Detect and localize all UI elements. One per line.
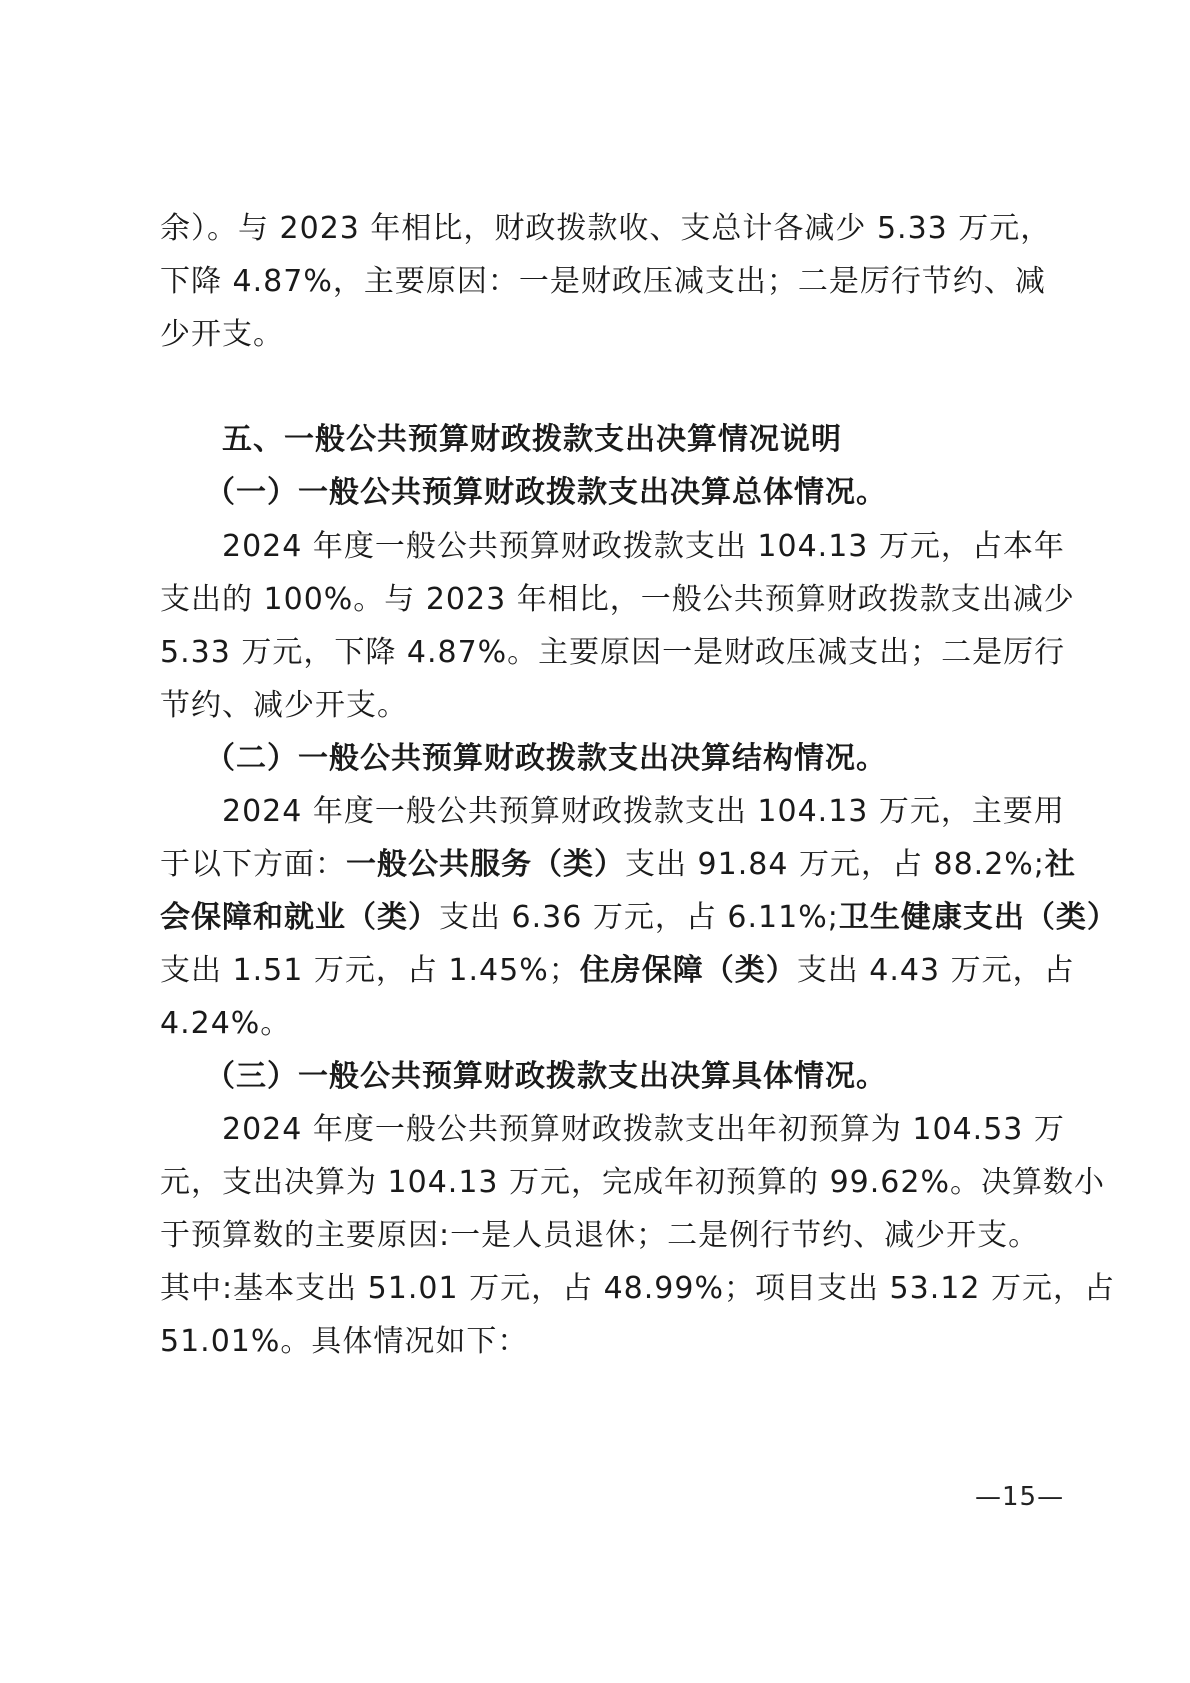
section-heading: 五、一般公共预算财政拨款支出决算情况说明 — [222, 420, 1028, 460]
paragraph-line: 少开支。 — [160, 315, 1028, 355]
category-housing: 住房保障（类） — [580, 953, 797, 988]
document-page: 余）。与 2023 年相比，财政拨款收、支总计各减少 5.33 万元， 下降 4… — [0, 0, 1190, 1683]
paragraph-line: 元，支出决算为 104.13 万元，完成年初预算的 99.62%。决算数小 — [160, 1163, 1028, 1203]
paragraph-line: 其中:基本支出 51.01 万元，占 48.99%；项目支出 53.12 万元，… — [160, 1269, 1028, 1309]
text-run: 支出 4.43 万元，占 — [797, 953, 1075, 988]
paragraph-line: 4.24%。 — [160, 1004, 1028, 1044]
paragraph-line: 余）。与 2023 年相比，财政拨款收、支总计各减少 5.33 万元， — [160, 209, 1028, 249]
text-run: 于以下方面： — [160, 847, 346, 882]
subsection-heading: （三）一般公共预算财政拨款支出决算具体情况。 — [205, 1057, 1011, 1097]
paragraph-line: 51.01%。具体情况如下： — [160, 1322, 1028, 1362]
paragraph-line: 于预算数的主要原因:一是人员退休；二是例行节约、减少开支。 — [160, 1216, 1028, 1256]
text-run: 支出 6.36 万元，占 6.11%; — [439, 900, 839, 935]
paragraph-line: 2024 年度一般公共预算财政拨款支出 104.13 万元，主要用 — [222, 792, 1028, 832]
category-social-security-start: 社 — [1045, 847, 1076, 882]
paragraph-line: 下降 4.87%，主要原因：一是财政压减支出；二是厉行节约、减 — [160, 262, 1028, 302]
category-general-public-services: 一般公共服务（类） — [346, 847, 625, 882]
paragraph-line: 2024 年度一般公共预算财政拨款支出年初预算为 104.53 万 — [222, 1110, 1028, 1150]
paragraph-line: 支出 1.51 万元，占 1.45%；住房保障（类）支出 4.43 万元，占 — [160, 951, 1028, 991]
paragraph-line: 节约、减少开支。 — [160, 686, 1028, 726]
text-run: 支出 91.84 万元，占 88.2%; — [625, 847, 1045, 882]
paragraph-line: 支出的 100%。与 2023 年相比，一般公共预算财政拨款支出减少 — [160, 580, 1028, 620]
text-run: 支出 1.51 万元，占 1.45%； — [160, 953, 580, 988]
page-number: —15— — [975, 1480, 1064, 1514]
category-social-security: 会保障和就业（类） — [160, 900, 439, 935]
paragraph-line: 会保障和就业（类）支出 6.36 万元，占 6.11%;卫生健康支出（类） — [160, 898, 1028, 938]
paragraph-line: 于以下方面：一般公共服务（类）支出 91.84 万元，占 88.2%;社 — [160, 845, 1028, 885]
paragraph-line: 2024 年度一般公共预算财政拨款支出 104.13 万元，占本年 — [222, 527, 1028, 567]
category-health: 卫生健康支出（类） — [839, 900, 1118, 935]
subsection-heading: （二）一般公共预算财政拨款支出决算结构情况。 — [205, 739, 1011, 779]
subsection-heading: （一）一般公共预算财政拨款支出决算总体情况。 — [205, 473, 1011, 513]
paragraph-line: 5.33 万元，下降 4.87%。主要原因一是财政压减支出；二是厉行 — [160, 633, 1028, 673]
